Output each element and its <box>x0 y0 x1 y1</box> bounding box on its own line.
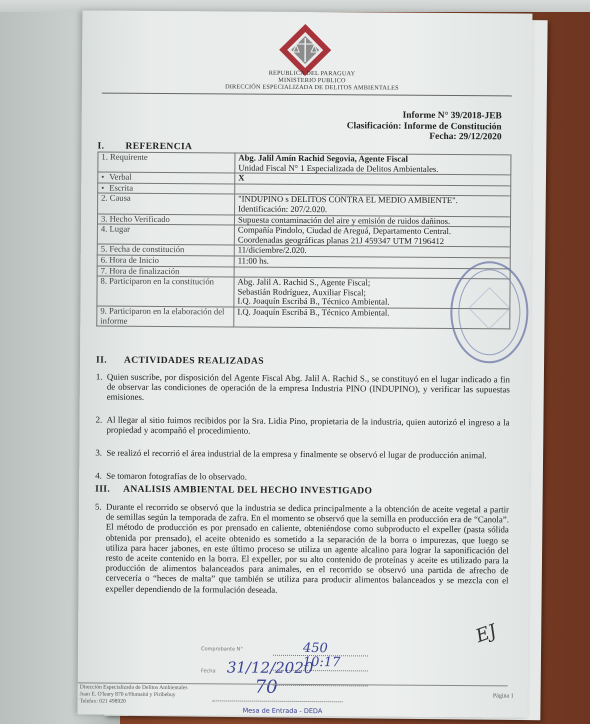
item-text: Se realizó el recorrió el área industria… <box>95 448 509 461</box>
page-number: Página 1 <box>493 693 514 699</box>
directorate-name: DIRECCIÓN ESPECIALIZADA DE DELITOS AMBIE… <box>212 83 412 91</box>
stamp-label: Comprobante N° <box>201 646 243 652</box>
section-title-analisis: III.ANALISIS AMBIENTAL DEL HECHO INVESTI… <box>95 485 372 497</box>
participant-3: I.Q. Joaquín Escribá B., Técnico Ambient… <box>237 296 389 307</box>
report-classification: Clasificación: Informe de Constitución <box>347 121 502 133</box>
row-key: 2. Causa <box>98 193 235 214</box>
row-value: Abg. Jalil Amín Rachid Segovia, Agente F… <box>235 153 511 175</box>
section-title-referencia: I.REFERENCIA <box>97 142 192 153</box>
row-key: 9. Participaron en la elaboración del in… <box>97 306 234 327</box>
reception-stamp: Comprobante N° Fecha 450 10:17 31/12/202… <box>193 636 374 717</box>
reference-table: 1. Requirente Abg. Jalil Amín Rachid Seg… <box>96 152 511 330</box>
section-heading: ANALISIS AMBIENTAL DEL HECHO INVESTIGADO <box>123 485 372 497</box>
section-number: I. <box>97 142 125 152</box>
item-number: 2. <box>96 415 103 425</box>
item-text: Quien suscribe, por disposición del Agen… <box>96 372 510 405</box>
item-text: Al llegar al sitio fuimos recibidos por … <box>95 415 509 438</box>
header-divider <box>102 93 512 97</box>
row-value: Compañía Pindolo, Ciudad de Areguá, Depa… <box>234 225 510 247</box>
row-key: 8. Participaron en la constitución <box>97 276 234 307</box>
footer-address: Dirección Especializada de Delitos Ambie… <box>80 684 188 706</box>
table-row: 9. Participaron en la elaboración del in… <box>97 306 510 329</box>
stamp-label: Fecha <box>201 668 216 674</box>
item-text: Durante el recorrido se observó que la i… <box>94 502 509 597</box>
list-item: 2. Al llegar al sitio fuimos recibidos p… <box>95 415 509 438</box>
seal-emblem-icon <box>468 287 510 329</box>
report-date: Fecha: 29/12/2020 <box>347 131 502 143</box>
receipt-office: Mesa de Entrada - DEDA <box>243 707 323 716</box>
list-item: 3. Se realizó el recorrió el área indust… <box>95 448 509 461</box>
handwritten-initials: EJ <box>473 620 499 647</box>
table-row: 1. Requirente Abg. Jalil Amín Rachid Seg… <box>98 152 511 175</box>
receipt-date: 31/12/2020 <box>227 658 314 677</box>
row-key: 4. Lugar <box>97 224 234 245</box>
section-number: II. <box>96 356 124 366</box>
list-item: 5. Durante el recorrido se observó que l… <box>94 502 509 597</box>
section-number: III. <box>95 485 123 495</box>
item-text: Se tomaron fotografías de lo observado. <box>95 471 509 484</box>
table-row: 8. Participaron en la constitución Abg. … <box>97 276 510 309</box>
receipt-pages: 70 <box>255 677 278 698</box>
item-number: 1. <box>96 372 103 382</box>
official-seal-stamp-icon <box>450 261 529 364</box>
section-heading: REFERENCIA <box>125 142 192 152</box>
stamp-line <box>213 700 343 702</box>
institution-header: REPUBLICA DEL PARAGUAY MINISTERIO PUBLIC… <box>212 69 412 91</box>
document-page: REPUBLICA DEL PARAGUAY MINISTERIO PUBLIC… <box>78 10 533 717</box>
list-item: 4. Se tomaron fotografías de lo observad… <box>95 471 509 484</box>
section-heading: ACTIVIDADES REALIZADAS <box>124 356 264 367</box>
list-item: 1. Quien suscribe, por disposición del A… <box>96 372 510 405</box>
requirente-unit: Unidad Fiscal N° 1 Especializada de Deli… <box>238 162 438 173</box>
row-value: "INDUPINO s DELITOS CONTRA EL MEDIO AMBI… <box>235 194 511 216</box>
item-number: 3. <box>95 448 102 458</box>
report-metadata: Informe N° 39/2018-JEB Clasificación: In… <box>347 110 502 143</box>
section-title-actividades: II.ACTIVIDADES REALIZADAS <box>96 356 264 367</box>
row-key: 1. Requirente <box>98 152 235 173</box>
item-number: 4. <box>95 471 102 481</box>
lugar-coordinates: Coordenadas geográficas planas 21J 45934… <box>238 234 444 245</box>
item-number: 5. <box>95 502 102 512</box>
causa-id: Identificación: 207/2.020. <box>238 203 327 214</box>
footer-phone: Telefax: 021 498920 <box>80 698 188 706</box>
receipt-number: 450 <box>303 641 328 656</box>
